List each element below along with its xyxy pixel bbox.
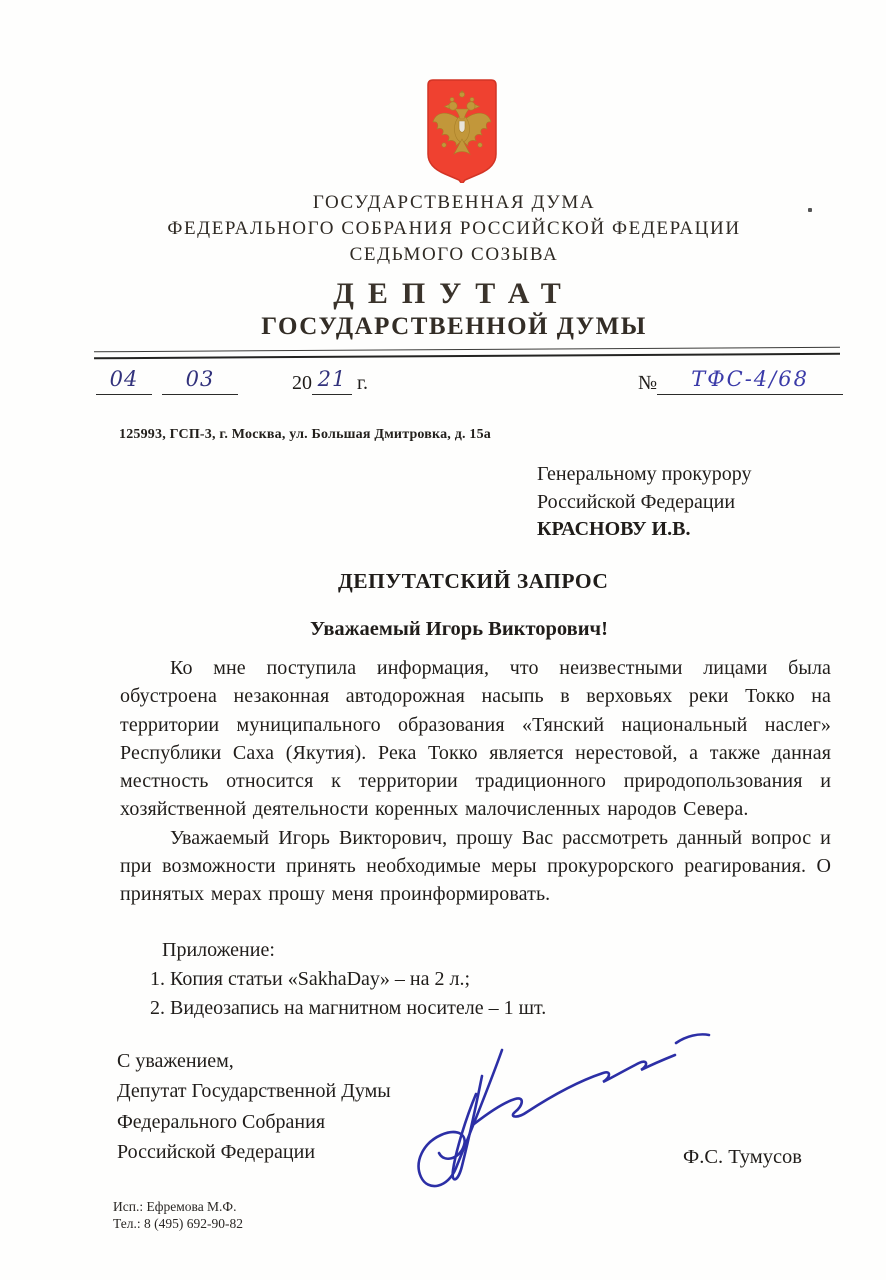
org-name-line-1: ГОСУДАРСТВЕННАЯ ДУМА bbox=[44, 190, 864, 216]
date-month-value: 03 bbox=[186, 367, 215, 391]
recipient-line-2: Российской Федерации bbox=[537, 489, 752, 517]
date-fields: 04032021 г. bbox=[96, 367, 368, 395]
recipient-line-1: Генеральному прокурору bbox=[537, 461, 752, 489]
body-paragraph-1: Ко мне поступила информация, что неизвес… bbox=[120, 654, 831, 824]
letterhead: ГОСУДАРСТВЕННАЯ ДУМА ФЕДЕРАЛЬНОГО СОБРАН… bbox=[44, 190, 864, 342]
signoff-line-4: Российской Федерации bbox=[117, 1137, 391, 1167]
sender-address: 125993, ГСП-3, г. Москва, ул. Большая Дм… bbox=[119, 427, 491, 443]
date-day-blank: 04 bbox=[96, 367, 152, 395]
date-year-blank: 21 bbox=[312, 367, 352, 395]
date-day-value: 04 bbox=[110, 367, 139, 391]
number-value: ТФС-4/68 bbox=[691, 367, 809, 391]
signature-ink bbox=[412, 1026, 712, 1196]
recipient-name: КРАСНОВУ И.В. bbox=[537, 516, 752, 544]
signoff-block: С уважением, Депутат Государственной Дум… bbox=[117, 1046, 391, 1167]
date-year-printed: 20 bbox=[292, 372, 312, 394]
footer-block: Исп.: Ефремова М.Ф. Тел.: 8 (495) 692-90… bbox=[113, 1199, 243, 1232]
signer-name: Ф.С. Тумусов bbox=[683, 1146, 802, 1169]
signoff-line-2: Депутат Государственной Думы bbox=[117, 1076, 391, 1106]
russia-coat-of-arms-icon bbox=[427, 79, 497, 183]
attachments-block: Приложение: 1. Копия статьи «SakhaDay» –… bbox=[150, 936, 546, 1023]
scan-speck bbox=[808, 208, 812, 212]
body-paragraph-2: Уважаемый Игорь Викторович, прошу Вас ра… bbox=[120, 824, 831, 909]
number-field: №ТФС-4/68 bbox=[638, 367, 843, 395]
deputy-subtitle: ГОСУДАРСТВЕННОЙ ДУМЫ bbox=[44, 312, 864, 342]
number-sign: № bbox=[638, 372, 657, 394]
attachments-label: Приложение: bbox=[162, 936, 546, 965]
org-name-line-2: ФЕДЕРАЛЬНОГО СОБРАНИЯ РОССИЙСКОЙ ФЕДЕРАЦ… bbox=[44, 216, 864, 242]
reference-row: 04032021 г. №ТФС-4/68 bbox=[0, 367, 886, 401]
signoff-line-1: С уважением, bbox=[117, 1046, 391, 1076]
salutation: Уважаемый Игорь Викторович! bbox=[310, 618, 608, 641]
attachment-item-1: 1. Копия статьи «SakhaDay» – на 2 л.; bbox=[150, 965, 546, 994]
attachment-item-2: 2. Видеозапись на магнитном носителе – 1… bbox=[150, 994, 546, 1023]
deputy-title: ДЕПУТАТ bbox=[44, 276, 864, 312]
date-year-suffix: г. bbox=[357, 372, 368, 394]
date-year-written: 21 bbox=[318, 367, 347, 391]
letter-body: Ко мне поступила информация, что неизвес… bbox=[120, 654, 831, 909]
org-name-line-3: СЕДЬМОГО СОЗЫВА bbox=[44, 242, 864, 268]
footer-executor: Исп.: Ефремова М.Ф. bbox=[113, 1199, 243, 1216]
document-title: ДЕПУТАТСКИЙ ЗАПРОС bbox=[338, 569, 608, 594]
number-blank: ТФС-4/68 bbox=[657, 367, 843, 395]
header-divider bbox=[94, 347, 840, 360]
recipient-block: Генеральному прокурору Российской Федера… bbox=[537, 461, 752, 544]
date-month-blank: 03 bbox=[162, 367, 238, 395]
letter-page: ГОСУДАРСТВЕННАЯ ДУМА ФЕДЕРАЛЬНОГО СОБРАН… bbox=[0, 0, 886, 1280]
signoff-line-3: Федерального Собрания bbox=[117, 1107, 391, 1137]
footer-phone: Тел.: 8 (495) 692-90-82 bbox=[113, 1216, 243, 1233]
